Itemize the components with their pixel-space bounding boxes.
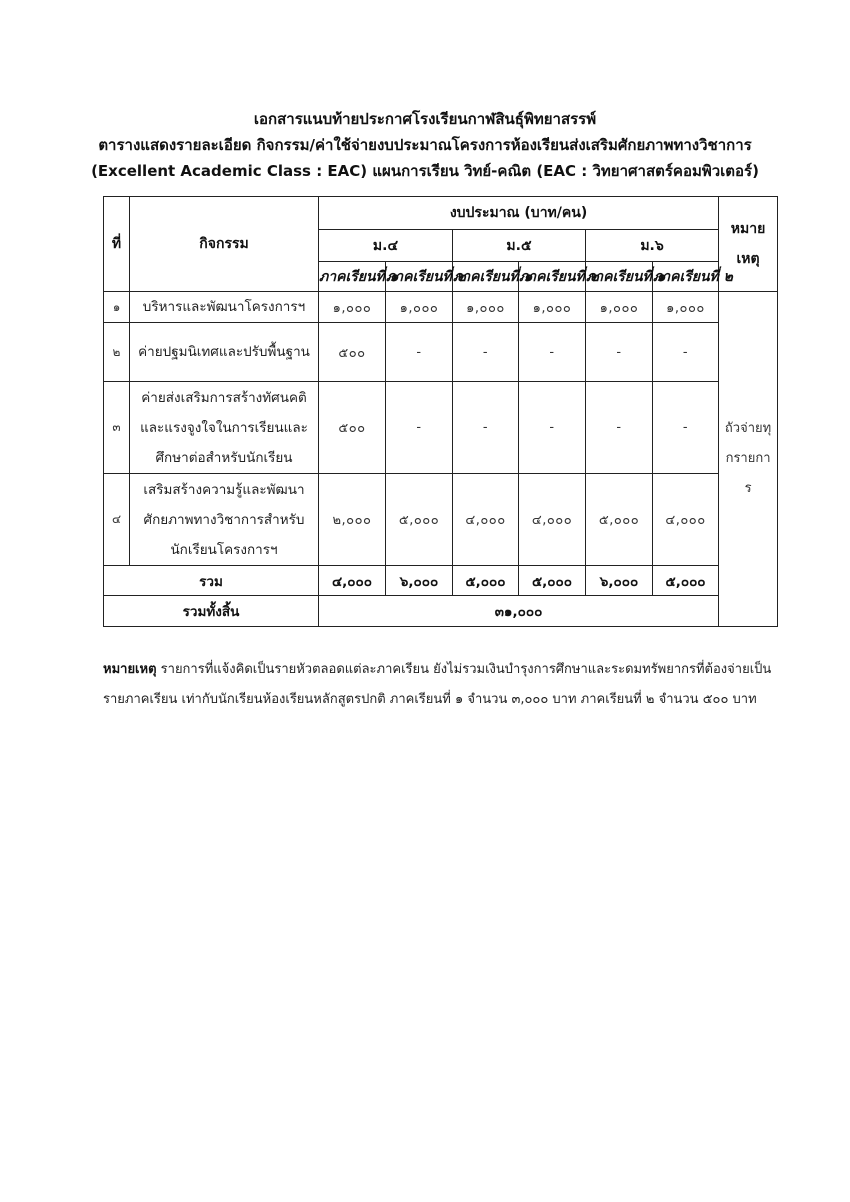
- sum-value: ๕,๐๐๐: [453, 566, 519, 596]
- header-budget: งบประมาณ (บาท/คน): [319, 197, 719, 230]
- row-value: ๑,๐๐๐: [453, 292, 519, 323]
- table-row: ๓ ค่ายส่งเสริมการสร้างทัศนคติและแรงจูงใจ…: [104, 382, 778, 474]
- header-term: ภาคเรียนที่ ๑: [319, 262, 386, 292]
- footnote-label: หมายเหตุ: [103, 662, 157, 677]
- footnote: หมายเหตุ รายการที่แจ้งคิดเป็นรายหัวตลอดแ…: [103, 655, 783, 715]
- row-value: -: [386, 323, 453, 382]
- row-activity: บริหารและพัฒนาโครงการฯ: [130, 292, 319, 323]
- row-value: -: [519, 323, 586, 382]
- row-value: ๕,๐๐๐: [386, 474, 453, 566]
- header-grade-m4: ม.๔: [319, 230, 453, 262]
- row-activity: ค่ายปฐมนิเทศและปรับพื้นฐาน: [130, 323, 319, 382]
- header-grade-m5: ม.๕: [453, 230, 586, 262]
- row-value: ๔,๐๐๐: [653, 474, 719, 566]
- title-line-3: (Excellent Academic Class : EAC) แผนการเ…: [0, 158, 850, 184]
- row-value: -: [653, 382, 719, 474]
- sum-label: รวม: [104, 566, 319, 596]
- grand-total-row: รวมทั้งสิ้น ๓๑,๐๐๐: [104, 596, 778, 627]
- row-value: -: [586, 323, 653, 382]
- title-line-1: เอกสารแนบท้ายประกาศโรงเรียนกาฬสินธุ์พิทย…: [0, 106, 850, 132]
- sum-value: ๖,๐๐๐: [586, 566, 653, 596]
- row-value: ๕๐๐: [319, 323, 386, 382]
- row-activity: ค่ายส่งเสริมการสร้างทัศนคติและแรงจูงใจใน…: [130, 382, 319, 474]
- row-value: ๑,๐๐๐: [319, 292, 386, 323]
- row-value: ๑,๐๐๐: [519, 292, 586, 323]
- row-number: ๒: [104, 323, 130, 382]
- table-row: ๒ ค่ายปฐมนิเทศและปรับพื้นฐาน ๕๐๐ - - - -…: [104, 323, 778, 382]
- header-activity: กิจกรรม: [130, 197, 319, 292]
- sum-row: รวม ๔,๐๐๐ ๖,๐๐๐ ๕,๐๐๐ ๕,๐๐๐ ๖,๐๐๐ ๕,๐๐๐: [104, 566, 778, 596]
- table-row: ๔ เสริมสร้างความรู้และพัฒนาศักยภาพทางวิช…: [104, 474, 778, 566]
- header-no: ที่: [104, 197, 130, 292]
- table-row: ๑ บริหารและพัฒนาโครงการฯ ๑,๐๐๐ ๑,๐๐๐ ๑,๐…: [104, 292, 778, 323]
- row-activity: เสริมสร้างความรู้และพัฒนาศักยภาพทางวิชาก…: [130, 474, 319, 566]
- row-value: ๔,๐๐๐: [519, 474, 586, 566]
- row-value: ๕๐๐: [319, 382, 386, 474]
- remark-text: ถัวจ่ายทุกรายการ: [724, 414, 772, 504]
- header-term: ภาคเรียนที่ ๑: [453, 262, 519, 292]
- row-value: -: [519, 382, 586, 474]
- row-value: ๕,๐๐๐: [586, 474, 653, 566]
- header-term: ภาคเรียนที่ ๒: [653, 262, 719, 292]
- row-value: ๔,๐๐๐: [453, 474, 519, 566]
- row-number: ๓: [104, 382, 130, 474]
- header-term: ภาคเรียนที่ ๑: [586, 262, 653, 292]
- row-value: -: [453, 323, 519, 382]
- footnote-text: รายการที่แจ้งคิดเป็นรายหัวตลอดแต่ละภาคเร…: [103, 662, 771, 707]
- document-title: เอกสารแนบท้ายประกาศโรงเรียนกาฬสินธุ์พิทย…: [0, 106, 850, 184]
- row-value: ๑,๐๐๐: [386, 292, 453, 323]
- row-number: ๔: [104, 474, 130, 566]
- remark-cell: ถัวจ่ายทุกรายการ: [719, 292, 778, 627]
- header-remark-text: หมาย เหตุ: [728, 214, 768, 274]
- budget-table: ที่ กิจกรรม งบประมาณ (บาท/คน) หมาย เหตุ …: [103, 196, 778, 627]
- title-line-2: ตารางแสดงรายละเอียด กิจกรรม/ค่าใช้จ่ายงบ…: [0, 132, 850, 158]
- row-value: -: [586, 382, 653, 474]
- sum-value: ๕,๐๐๐: [519, 566, 586, 596]
- row-value: ๑,๐๐๐: [653, 292, 719, 323]
- row-number: ๑: [104, 292, 130, 323]
- row-value: ๑,๐๐๐: [586, 292, 653, 323]
- row-value: -: [386, 382, 453, 474]
- grand-total-label: รวมทั้งสิ้น: [104, 596, 319, 627]
- sum-value: ๔,๐๐๐: [319, 566, 386, 596]
- header-term: ภาคเรียนที่ ๒: [386, 262, 453, 292]
- header-term: ภาคเรียนที่ ๒: [519, 262, 586, 292]
- sum-value: ๕,๐๐๐: [653, 566, 719, 596]
- row-value: -: [653, 323, 719, 382]
- grand-total-value: ๓๑,๐๐๐: [319, 596, 719, 627]
- row-value: -: [453, 382, 519, 474]
- row-value: ๒,๐๐๐: [319, 474, 386, 566]
- header-grade-m6: ม.๖: [586, 230, 719, 262]
- sum-value: ๖,๐๐๐: [386, 566, 453, 596]
